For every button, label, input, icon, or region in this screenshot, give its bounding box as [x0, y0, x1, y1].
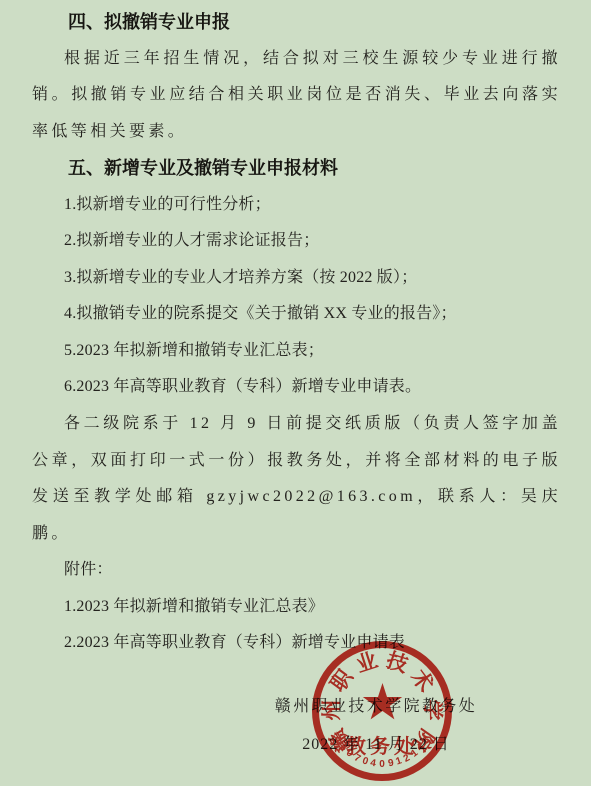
signature-organization: 赣州职业技术学院教务处: [272, 688, 480, 726]
material-item-1: 1.拟新增专业的可行性分析；: [32, 187, 561, 224]
signature-date: 2022 年 11 月 22 日: [272, 726, 480, 764]
material-item-3: 3.拟新增专业的专业人才培养方案（按 2022 版）；: [32, 260, 561, 297]
paragraph-submission: 各二级院系于 12 月 9 日前提交纸质版（负责人签字加盖公章，双面打印一式一份…: [32, 406, 561, 552]
material-item-4: 4.拟撤销专业的院系提交《关于撤销 XX 专业的报告》；: [32, 296, 561, 333]
document-page: 四、拟撤销专业申报 根据近三年招生情况，结合拟对三校生源较少专业进行撤销。拟撤销…: [0, 0, 591, 786]
attachment-item-2: 2.2023 年高等职业教育（专科）新增专业申请表: [32, 625, 561, 662]
heading-section-5: 五、新增专业及撤销专业申报材料: [32, 150, 561, 187]
material-item-5: 5.2023 年拟新增和撤销专业汇总表；: [32, 333, 561, 370]
material-item-6: 6.2023 年高等职业教育（专科）新增专业申请表。: [32, 369, 561, 406]
paragraph-withdrawal: 根据近三年招生情况，结合拟对三校生源较少专业进行撤销。拟撤销专业应结合相关职业岗…: [32, 41, 561, 151]
heading-section-4: 四、拟撤销专业申报: [32, 4, 561, 41]
document-body: 四、拟撤销专业申报 根据近三年招生情况，结合拟对三校生源较少专业进行撤销。拟撤销…: [32, 4, 561, 662]
attachment-item-1: 1.2023 年拟新增和撤销专业汇总表》: [32, 589, 561, 626]
attachments-label: 附件：: [32, 552, 561, 589]
signature-block: 赣州职业技术学院教务处 2022 年 11 月 22 日: [272, 688, 480, 764]
material-item-2: 2.拟新增专业的人才需求论证报告；: [32, 223, 561, 260]
